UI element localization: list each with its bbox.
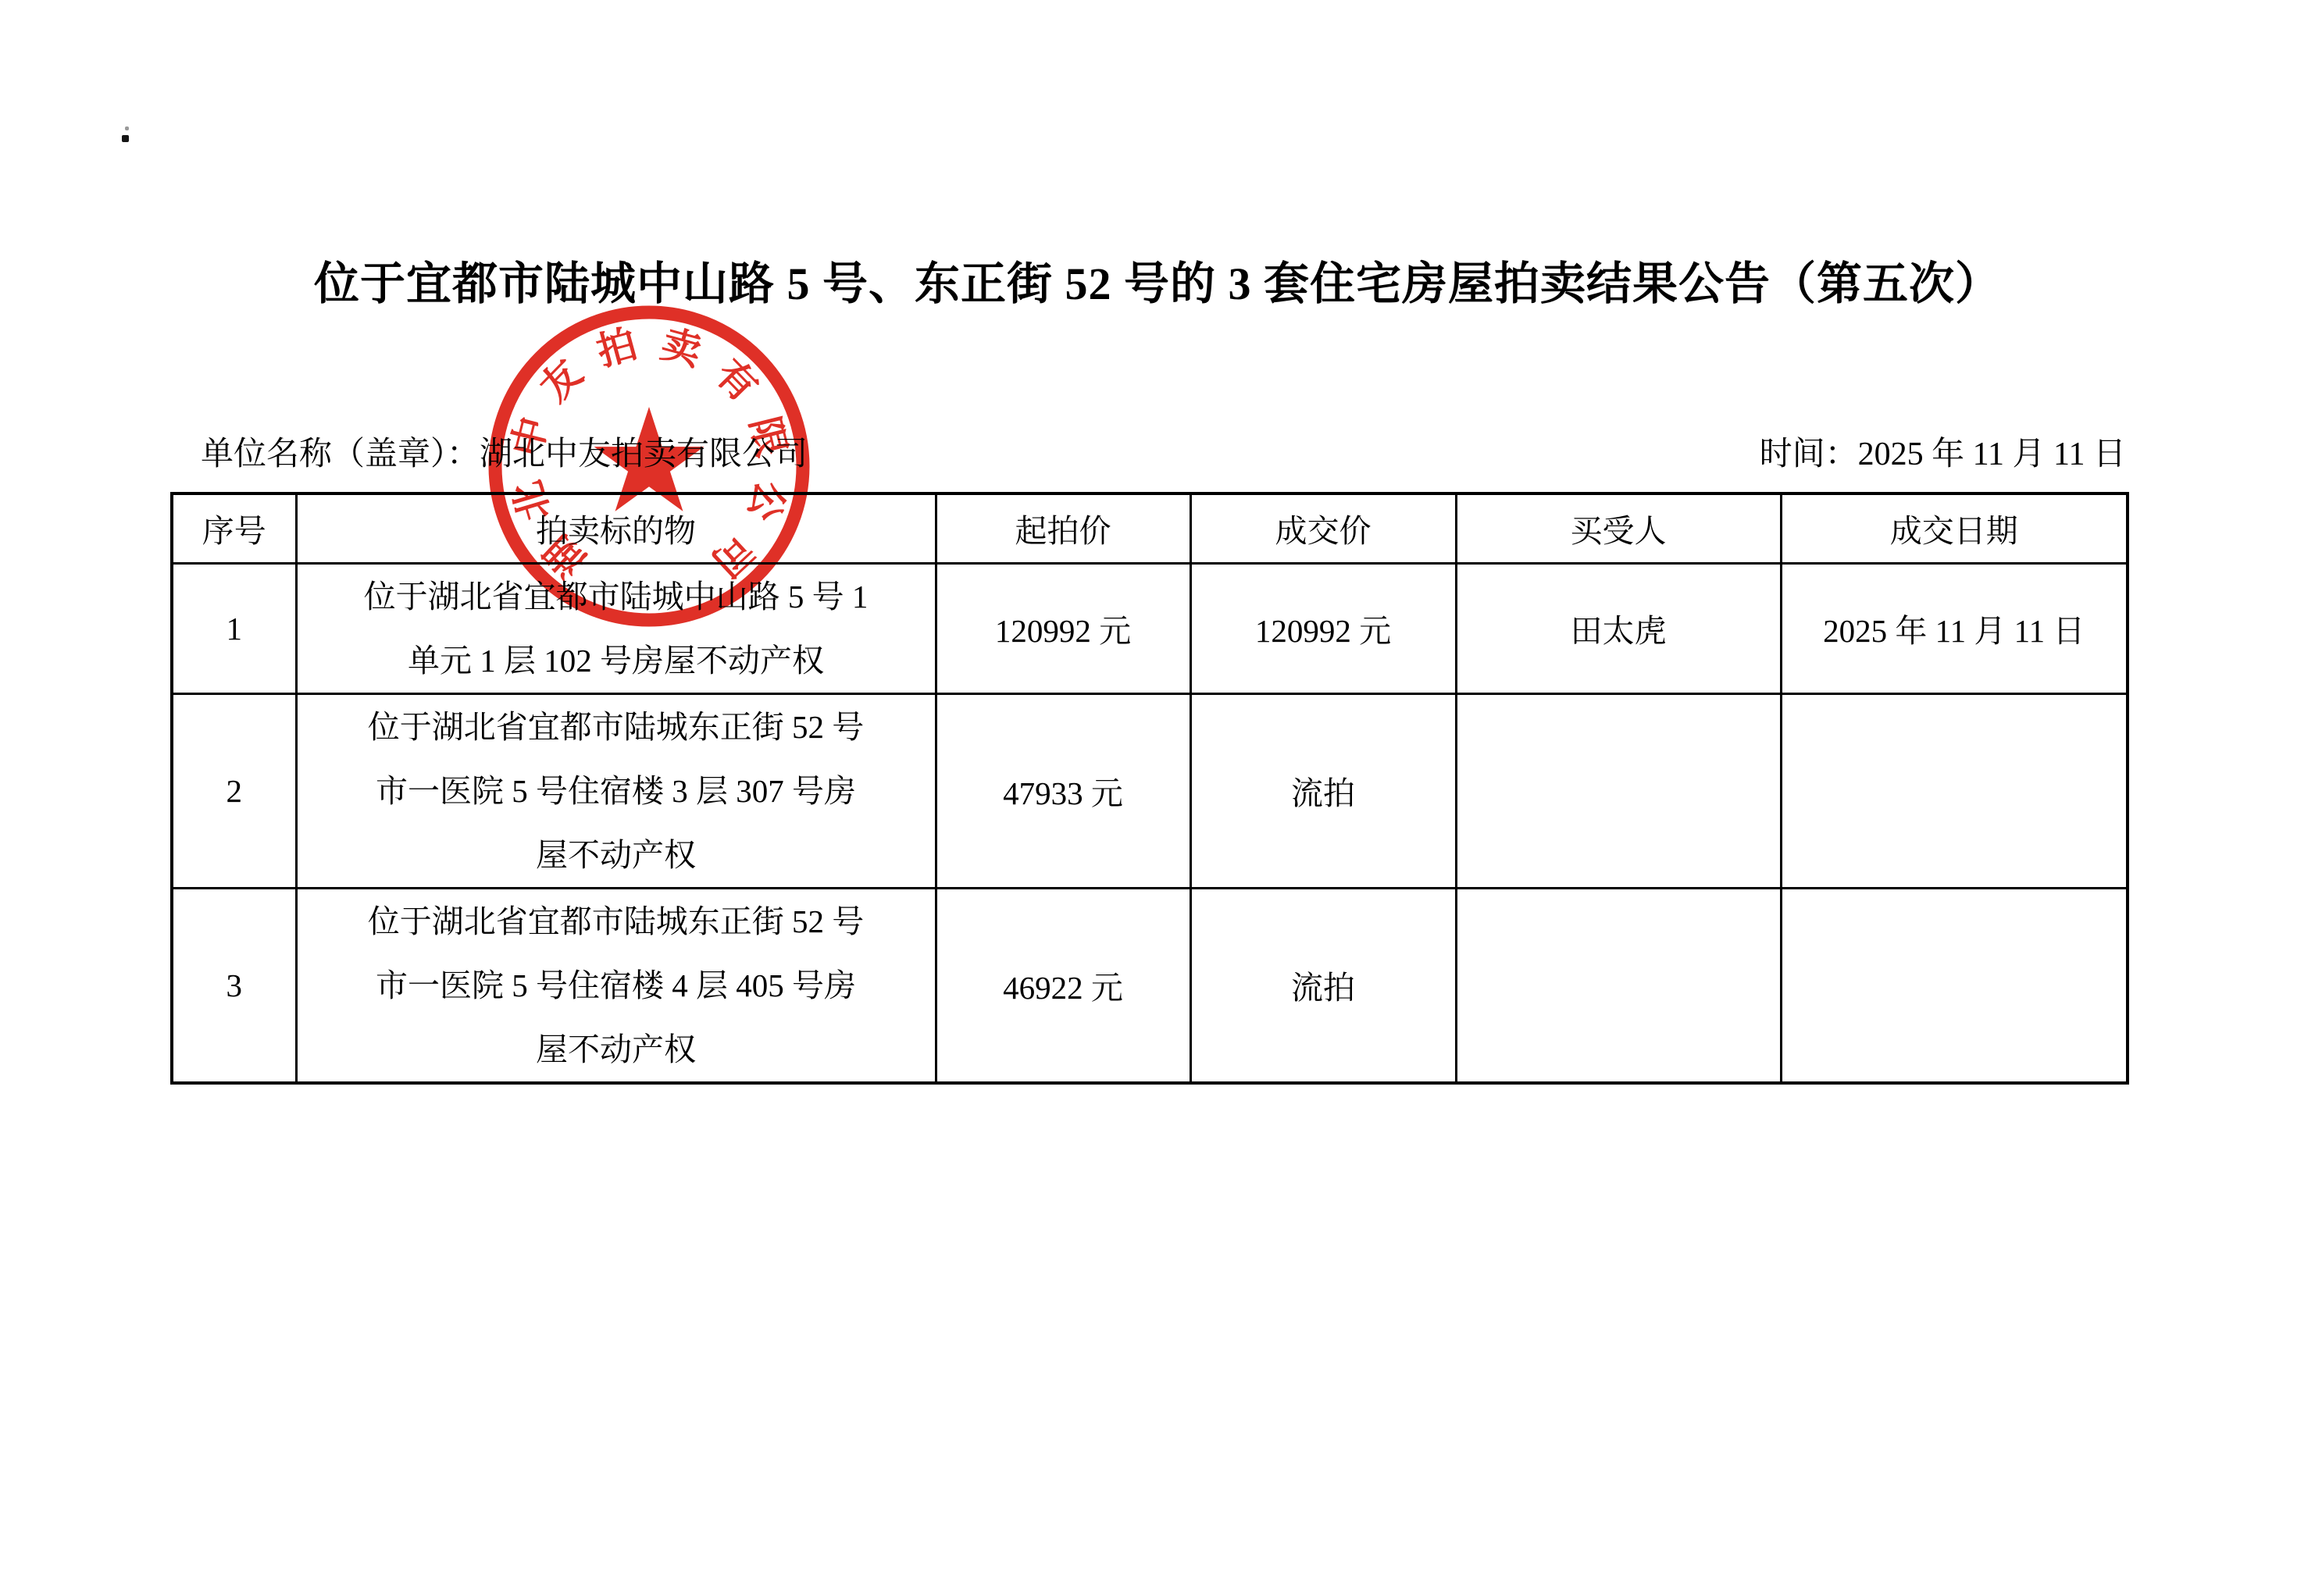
unit-name-line: 单位名称（盖章）：湖北中友拍卖有限公司 [201, 428, 808, 475]
scan-speck-large [122, 135, 129, 142]
auction-result-table: 序号 拍卖标的物 起拍价 成交价 买受人 成交日期 1 位于湖北省宜都市陆城中山… [170, 492, 2129, 1085]
document-page: 位于宜都市陆城中山路 5 号、东正街 52 号的 3 套住宅房屋拍卖结果公告（第… [0, 0, 2315, 1596]
table-row: 1 位于湖北省宜都市陆城中山路 5 号 1 单元 1 层 102 号房屋不动产权… [172, 563, 2128, 693]
page-title: 位于宜都市陆城中山路 5 号、东正街 52 号的 3 套住宅房屋拍卖结果公告（第… [0, 247, 2315, 312]
auction-result-table-wrap: 序号 拍卖标的物 起拍价 成交价 买受人 成交日期 1 位于湖北省宜都市陆城中山… [170, 492, 2129, 1085]
cell-start-price: 47933 元 [936, 693, 1190, 888]
col-header-start-price: 起拍价 [936, 493, 1190, 563]
cell-buyer [1456, 693, 1781, 888]
cell-no: 1 [172, 563, 296, 693]
cell-start-price: 120992 元 [936, 563, 1190, 693]
cell-subject: 位于湖北省宜都市陆城东正街 52 号 市一医院 5 号住宿楼 3 层 307 号… [296, 693, 936, 888]
table-header-row: 序号 拍卖标的物 起拍价 成交价 买受人 成交日期 [172, 493, 2128, 563]
cell-subject: 位于湖北省宜都市陆城中山路 5 号 1 单元 1 层 102 号房屋不动产权 [296, 563, 936, 693]
col-header-deal-price: 成交价 [1190, 493, 1456, 563]
cell-deal-price: 流拍 [1190, 888, 1456, 1083]
cell-deal-price: 120992 元 [1190, 563, 1456, 693]
table-row: 2 位于湖北省宜都市陆城东正街 52 号 市一医院 5 号住宿楼 3 层 307… [172, 693, 2128, 888]
cell-no: 3 [172, 888, 296, 1083]
info-row: 单位名称（盖章）：湖北中友拍卖有限公司 时间：2025 年 11 月 11 日 [201, 428, 2126, 475]
cell-deal-date: 2025 年 11 月 11 日 [1781, 563, 2128, 693]
cell-buyer: 田太虎 [1456, 563, 1781, 693]
date-line: 时间：2025 年 11 月 11 日 [1760, 428, 2126, 475]
table-row: 3 位于湖北省宜都市陆城东正街 52 号 市一医院 5 号住宿楼 4 层 405… [172, 888, 2128, 1083]
cell-start-price: 46922 元 [936, 888, 1190, 1083]
seal-char: 拍 [592, 322, 641, 374]
col-header-no: 序号 [172, 493, 296, 563]
col-header-deal-date: 成交日期 [1781, 493, 2128, 563]
col-header-buyer: 买受人 [1456, 493, 1781, 563]
seal-char: 有 [708, 351, 766, 410]
scan-speck-small [125, 126, 129, 130]
seal-char: 友 [532, 351, 590, 410]
col-header-subject: 拍卖标的物 [296, 493, 936, 563]
cell-deal-price: 流拍 [1190, 693, 1456, 888]
seal-char: 卖 [657, 322, 706, 374]
cell-buyer [1456, 888, 1781, 1083]
cell-no: 2 [172, 693, 296, 888]
cell-subject: 位于湖北省宜都市陆城东正街 52 号 市一医院 5 号住宿楼 4 层 405 号… [296, 888, 936, 1083]
cell-deal-date [1781, 693, 2128, 888]
cell-deal-date [1781, 888, 2128, 1083]
